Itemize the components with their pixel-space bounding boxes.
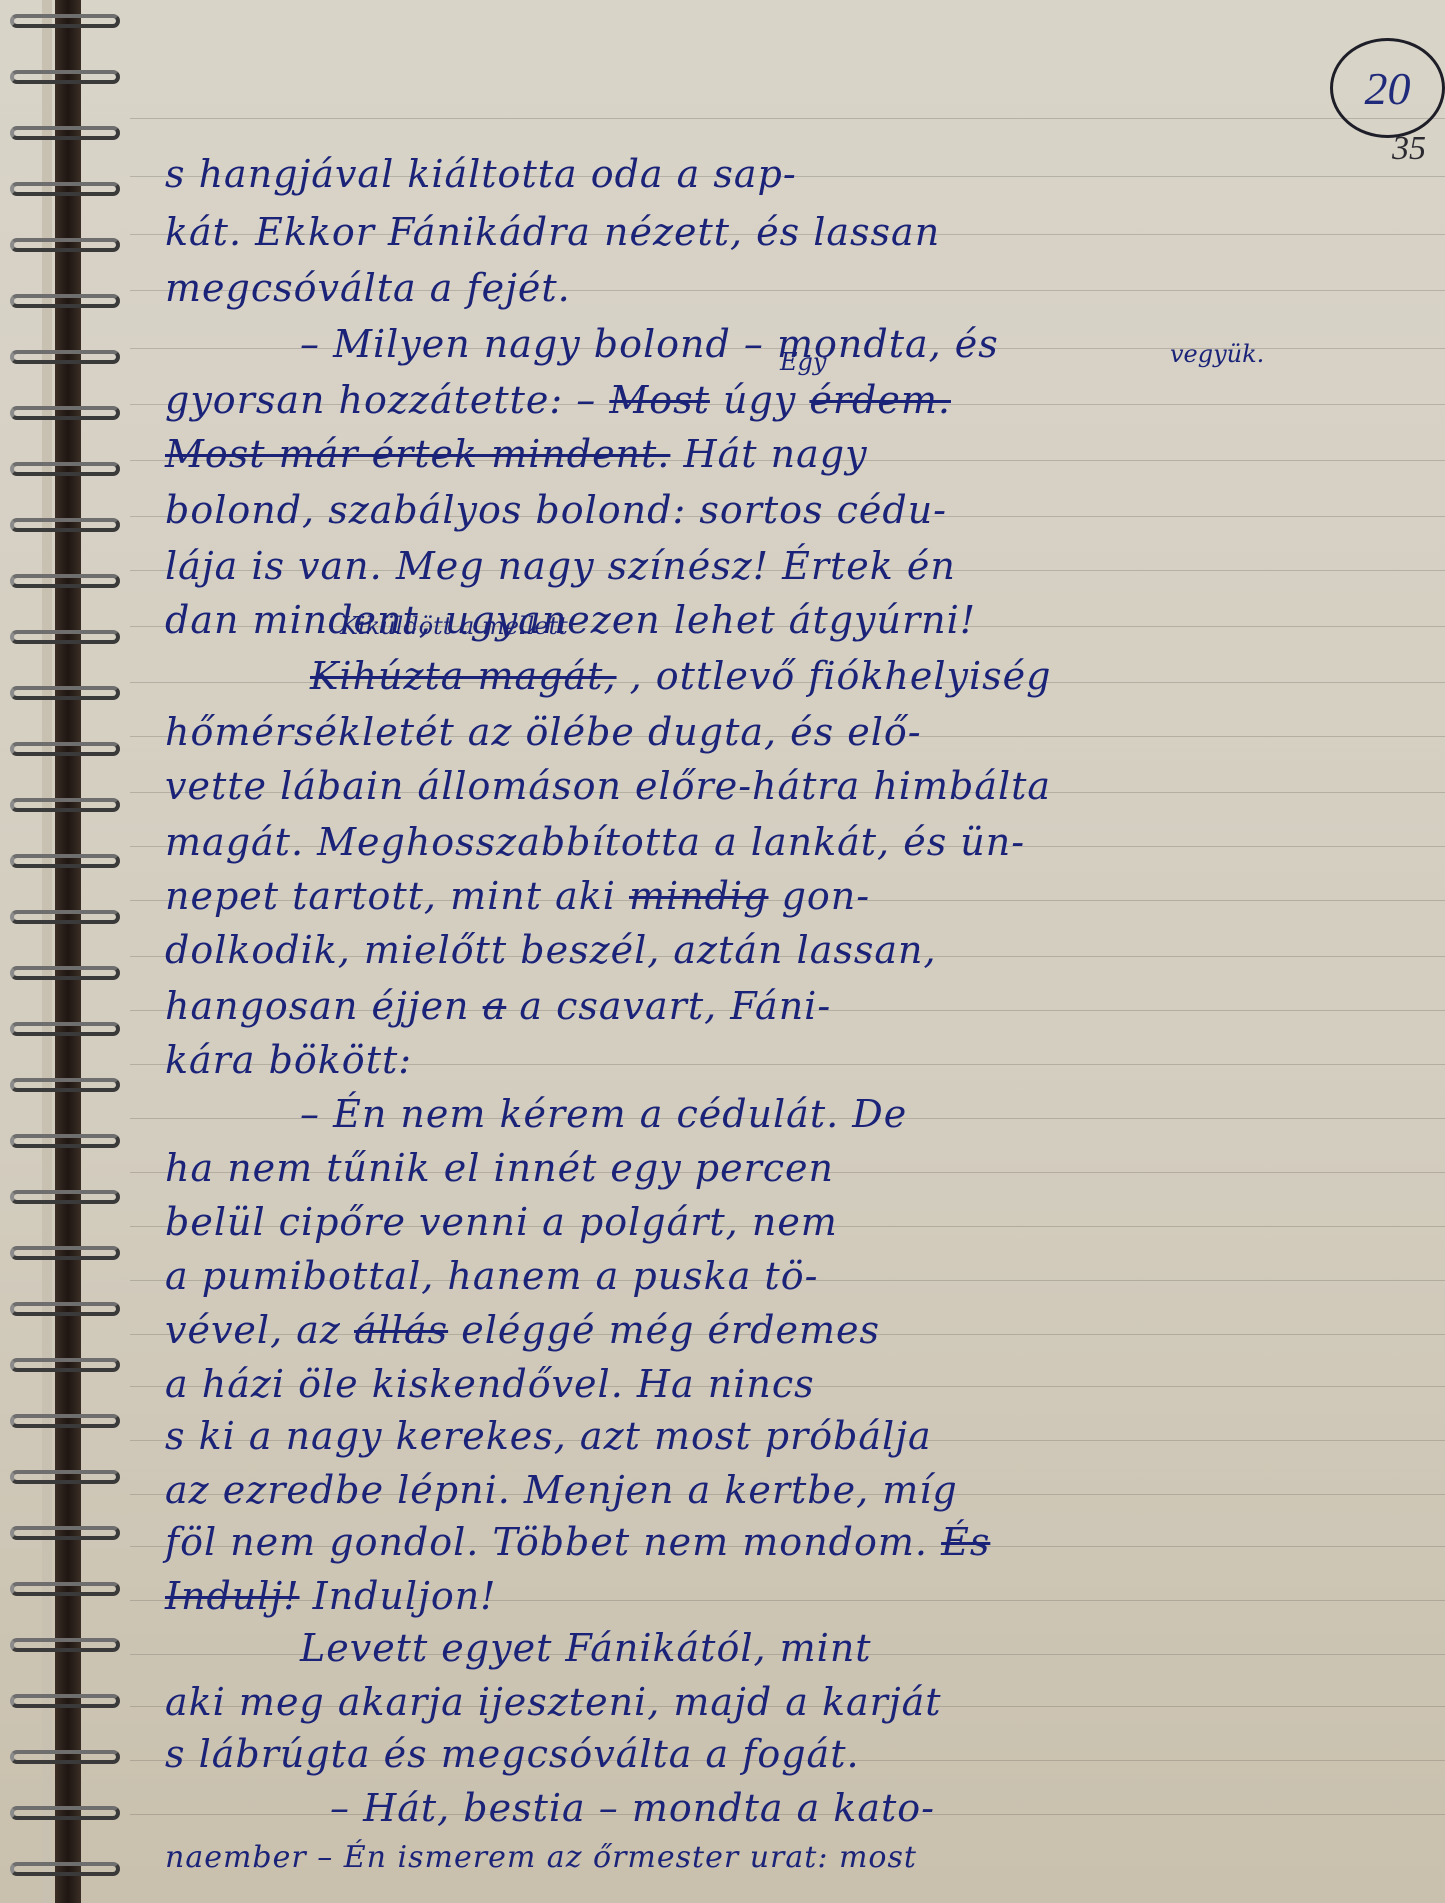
spiral-ring-icon: [10, 1468, 120, 1488]
spiral-ring-icon: [10, 1188, 120, 1208]
spiral-ring-icon: [10, 908, 120, 928]
text-line: dolkodik, mielőtt beszél, aztán lassan,: [165, 928, 1425, 972]
spiral-ring-icon: [10, 292, 120, 312]
text-line: s hangjával kiáltotta oda a sap-: [165, 152, 1425, 196]
spiral-ring-icon: [10, 516, 120, 536]
notebook-page: 20 35 s hangjával kiáltotta oda a sap- k…: [0, 0, 1445, 1903]
text-segment: eléggé még érdemes: [461, 1308, 880, 1352]
page-number-text: 20: [1365, 62, 1411, 115]
text-line: kára bökött:: [165, 1038, 1425, 1082]
struck-text: állás: [354, 1308, 448, 1352]
circled-page-number: 20: [1330, 38, 1445, 138]
text-line: Levett egyet Fánikától, mint: [300, 1626, 1425, 1670]
struck-text: Indulj!: [165, 1574, 300, 1618]
text-line: gyorsan hozzátette: – Most úgy érdem.: [165, 378, 1425, 422]
spiral-ring-icon: [10, 1356, 120, 1376]
spiral-ring-icon: [10, 1692, 120, 1712]
text-line: vével, az állás eléggé még érdemes: [165, 1308, 1425, 1352]
struck-text: érdem.: [809, 378, 951, 422]
text-line: nepet tartott, mint aki mindig gon-: [165, 874, 1425, 918]
spiral-ring-icon: [10, 236, 120, 256]
text-line: föl nem gondol. Többet nem mondom. És: [165, 1520, 1425, 1564]
spiral-ring-icon: [10, 1076, 120, 1096]
spiral-ring-icon: [10, 572, 120, 592]
struck-text: Most már értek mindent.: [165, 432, 670, 476]
text-line: – Hát, bestia – mondta a kato-: [330, 1786, 1425, 1830]
spiral-ring-icon: [10, 1860, 120, 1880]
text-line: hőmérsékletét az ölébe dugta, és elő-: [165, 710, 1425, 754]
spiral-ring-icon: [10, 1524, 120, 1544]
spiral-ring-icon: [10, 1580, 120, 1600]
spiral-ring-icon: [10, 68, 120, 88]
struck-text: És: [941, 1520, 990, 1564]
text-line: aki meg akarja ijeszteni, majd a karját: [165, 1680, 1425, 1724]
text-line: lája is van. Meg nagy színész! Értek én: [165, 544, 1425, 588]
spiral-ring-icon: [10, 1636, 120, 1656]
spiral-ring-icon: [10, 740, 120, 760]
ruled-line: [130, 118, 1445, 119]
spiral-ring-icon: [10, 1244, 120, 1264]
text-segment: úgy: [723, 378, 796, 422]
spiral-ring-icon: [10, 1804, 120, 1824]
text-line: Indulj! Induljon!: [165, 1574, 1425, 1618]
text-segment: Induljon!: [313, 1574, 497, 1618]
text-line: a pumibottal, hanem a puska tö-: [165, 1254, 1425, 1298]
text-line: bolond, szabályos bolond: sortos cédu-: [165, 488, 1425, 532]
text-segment: gon-: [782, 874, 871, 918]
text-segment: a csavart, Fáni-: [519, 984, 831, 1028]
text-line: naember – Én ismerem az őrmester urat: m…: [165, 1836, 1425, 1880]
spiral-ring-icon: [10, 1132, 120, 1152]
text-line: hangosan éjjen a a csavart, Fáni-: [165, 984, 1425, 1028]
text-line: a házi öle kiskendővel. Ha nincs: [165, 1362, 1425, 1406]
spiral-ring-icon: [10, 628, 120, 648]
notebook-spine: [55, 0, 81, 1903]
text-segment: vével, az: [165, 1308, 341, 1352]
text-line: s ki a nagy kerekes, azt most próbálja: [165, 1414, 1425, 1458]
interlinear-insertion: vegyük.: [1170, 340, 1264, 368]
spiral-ring-icon: [10, 348, 120, 368]
struck-text: mindig: [629, 874, 768, 918]
text-line: magát. Meghosszabbította a lankát, és ün…: [165, 820, 1425, 864]
text-segment: gyorsan hozzátette: –: [165, 378, 596, 422]
interlinear-insertion: Egy: [780, 348, 826, 376]
spiral-ring-icon: [10, 124, 120, 144]
spiral-ring-icon: [10, 1412, 120, 1432]
spiral-ring-icon: [10, 1748, 120, 1768]
text-line: vette lábain állomáson előre-hátra himbá…: [165, 764, 1425, 808]
struck-text: Kihúzta magát,: [310, 654, 617, 698]
text-line: s lábrúgta és megcsóválta a fogát.: [165, 1732, 1425, 1776]
spiral-ring-icon: [10, 460, 120, 480]
text-line: kát. Ekkor Fánikádra nézett, és lassan: [165, 210, 1425, 254]
spiral-ring-icon: [10, 404, 120, 424]
spiral-ring-icon: [10, 796, 120, 816]
text-segment: , ottlevő fiókhelyiség: [630, 654, 1052, 698]
spiral-ring-icon: [10, 684, 120, 704]
text-line: Kihúzta magát, , ottlevő fiókhelyiség: [310, 654, 1425, 698]
interlinear-insertion: Kiküldött a mellett: [340, 612, 568, 640]
struck-text: Most: [609, 378, 710, 422]
text-segment: nepet tartott, mint aki: [165, 874, 616, 918]
text-line: ha nem tűnik el innét egy percen: [165, 1146, 1425, 1190]
text-segment: Hát nagy: [683, 432, 867, 476]
text-line: Most már értek mindent. Hát nagy: [165, 432, 1425, 476]
text-line: az ezredbe lépni. Menjen a kertbe, míg: [165, 1468, 1425, 1512]
spiral-ring-icon: [10, 12, 120, 32]
text-segment: hangosan éjjen: [165, 984, 470, 1028]
struck-text: a: [483, 984, 507, 1028]
text-line: belül cipőre venni a polgárt, nem: [165, 1200, 1425, 1244]
text-line: – Én nem kérem a cédulát. De: [300, 1092, 1425, 1136]
spiral-ring-icon: [10, 852, 120, 872]
text-segment: föl nem gondol. Többet nem mondom.: [165, 1520, 928, 1564]
text-line: megcsóválta a fejét.: [165, 266, 1425, 310]
spiral-ring-icon: [10, 964, 120, 984]
spiral-ring-icon: [10, 180, 120, 200]
spiral-ring-icon: [10, 1020, 120, 1040]
spiral-ring-icon: [10, 1300, 120, 1320]
page-perforation-edge: [42, 0, 52, 1903]
